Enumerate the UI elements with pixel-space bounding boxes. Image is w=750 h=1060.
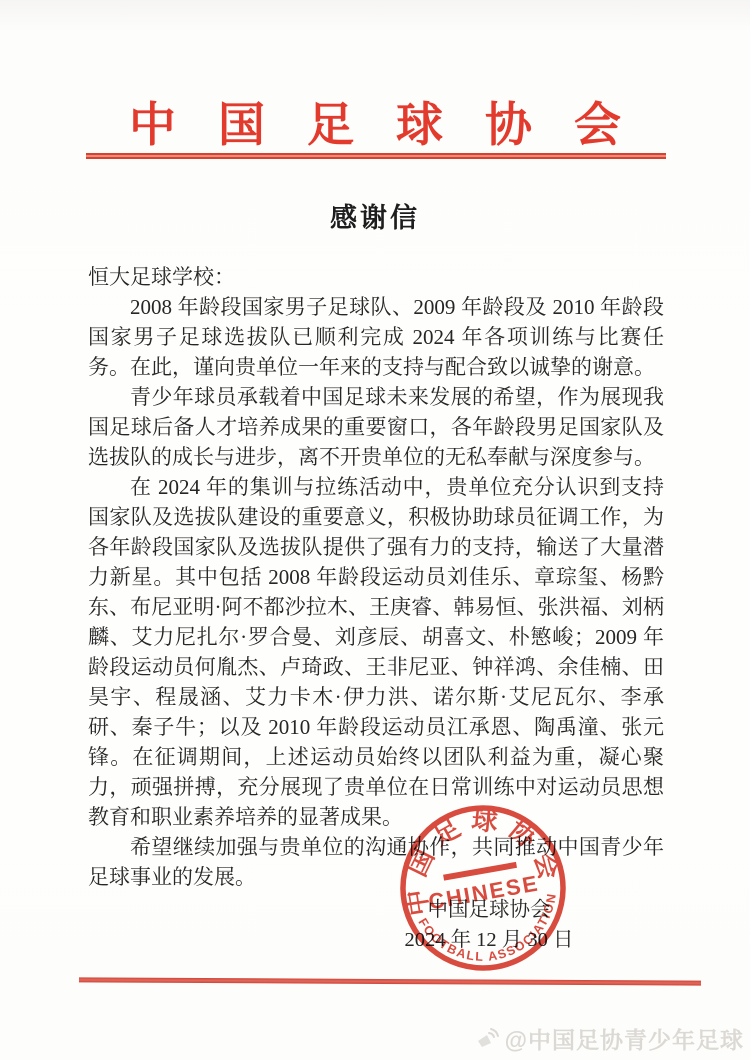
letter-body: 恒大足球学校： 2008 年龄段国家男子足球队、2009 年龄段及 2010 年… <box>88 262 664 892</box>
paragraph-3: 在 2024 年的集训与拉练活动中，贵单位充分认识到支持国家队及选拔队建设的重要… <box>88 472 664 832</box>
megaphone-icon <box>474 1026 500 1052</box>
letter-title: 感谢信 <box>0 196 750 235</box>
signature-date: 2024 年 12 月 30 日 <box>309 925 669 955</box>
letter-page: 中国足球协会 感谢信 恒大足球学校： 2008 年龄段国家男子足球队、2009 … <box>0 0 750 1060</box>
paragraph-4: 希望继续加强与贵单位的沟通协作，共同推动中国青少年足球事业的发展。 <box>88 832 664 892</box>
signature-org: 中国足球协会 <box>309 895 669 925</box>
footer-divider-line <box>79 977 701 985</box>
watermark-text: @中国足协青少年足球 <box>505 1022 744 1055</box>
salutation: 恒大足球学校： <box>88 262 664 292</box>
letterhead-org-name: 中国足球协会 <box>0 88 750 155</box>
paragraph-1: 2008 年龄段国家男子足球队、2009 年龄段及 2010 年龄段国家男子足球… <box>88 292 664 382</box>
letterhead-divider-line <box>86 153 666 159</box>
paragraph-2: 青少年球员承载着中国足球未来发展的希望，作为展现我国足球后备人才培养成果的重要窗… <box>88 382 664 472</box>
signature-block: 中国足球协会 2024 年 12 月 30 日 <box>309 895 669 955</box>
watermark: @中国足协青少年足球 <box>474 1022 744 1055</box>
